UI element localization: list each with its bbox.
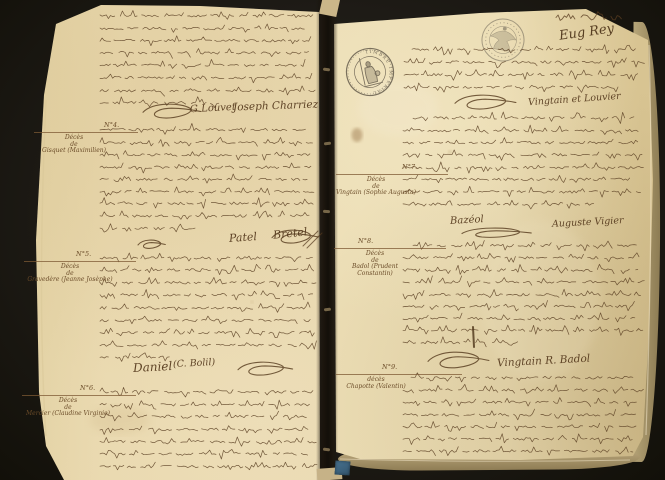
margin-line: Chapotte (Valentin) bbox=[336, 384, 416, 391]
signature: Patel bbox=[229, 230, 258, 245]
entry-number: N°8. bbox=[358, 238, 446, 245]
margin-note-entry-6: N°6. Décès de Mercier (Claudine Virginie… bbox=[22, 385, 136, 418]
margin-line: Vingtain (Sophie Augusta) bbox=[336, 190, 416, 197]
margin-rule bbox=[334, 248, 446, 249]
binding-stitch bbox=[323, 210, 330, 214]
margin-rule bbox=[336, 374, 462, 375]
entry-number: N°9. bbox=[382, 364, 462, 371]
margin-rule bbox=[24, 261, 136, 262]
margin-line: Mercier (Claudine Virginie) bbox=[22, 411, 114, 418]
entry-number: N°7. bbox=[402, 164, 448, 171]
margin-line: Gravedère (Jeanne Josèphe) bbox=[24, 277, 116, 284]
margin-note-entry-8: N°8. Décès de Badol (Prudent Constantin) bbox=[334, 238, 446, 277]
entry-number: N°6. bbox=[80, 385, 136, 392]
entry-number: N°4. bbox=[104, 122, 138, 129]
entry-number: N°5. bbox=[76, 251, 136, 258]
signature: (C. Bolil) bbox=[173, 357, 216, 370]
margin-note-entry-5: N°5. Décès de Gravedère (Jeanne Josèphe) bbox=[24, 251, 136, 284]
signature: Bazéol bbox=[450, 214, 484, 227]
margin-note-entry-9: N°9. décès Chapotte (Valentin) bbox=[336, 364, 462, 390]
blue-label-sticker bbox=[335, 460, 351, 475]
margin-rule bbox=[22, 395, 136, 396]
margin-note-entry-4: N°4. Décès de Gisquet (Maximilien) bbox=[34, 122, 138, 155]
margin-line: Gisquet (Maximilien) bbox=[34, 148, 114, 155]
margin-note-entry-7: N°7. Décès de Vingtain (Sophie Augusta) bbox=[336, 164, 448, 197]
margin-rule bbox=[34, 132, 138, 133]
register-double-page-photo: TIMBRE IMPÉRIAL N°4. Décès de bbox=[0, 0, 665, 480]
margin-line: Badol (Prudent Constantin) bbox=[334, 264, 416, 277]
signature: Daniel bbox=[133, 359, 173, 375]
margin-rule bbox=[336, 174, 448, 175]
binding-stitch bbox=[323, 448, 330, 452]
